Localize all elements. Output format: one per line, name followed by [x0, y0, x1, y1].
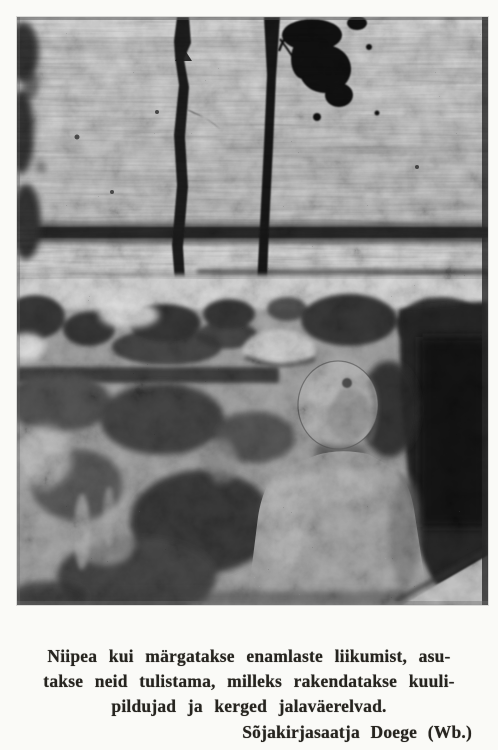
caption-line: Niipea kui märgatakse enamlaste liikumis… — [8, 644, 490, 669]
halftone-grain — [17, 17, 488, 605]
halftone-photo-art — [17, 17, 488, 605]
newspaper-clipping: Niipea kui märgatakse enamlaste liikumis… — [0, 0, 498, 750]
halftone-photo — [17, 17, 488, 605]
caption-line: takse neid tulistama, milleks rakendatak… — [8, 669, 490, 694]
caption-line: pildujad ja kerged jalaväerelvad. — [8, 694, 490, 719]
caption-credit: Sõjakirjasaatja Doege (Wb.) — [242, 720, 472, 745]
photo-caption: Niipea kui märgatakse enamlaste liikumis… — [8, 644, 490, 719]
